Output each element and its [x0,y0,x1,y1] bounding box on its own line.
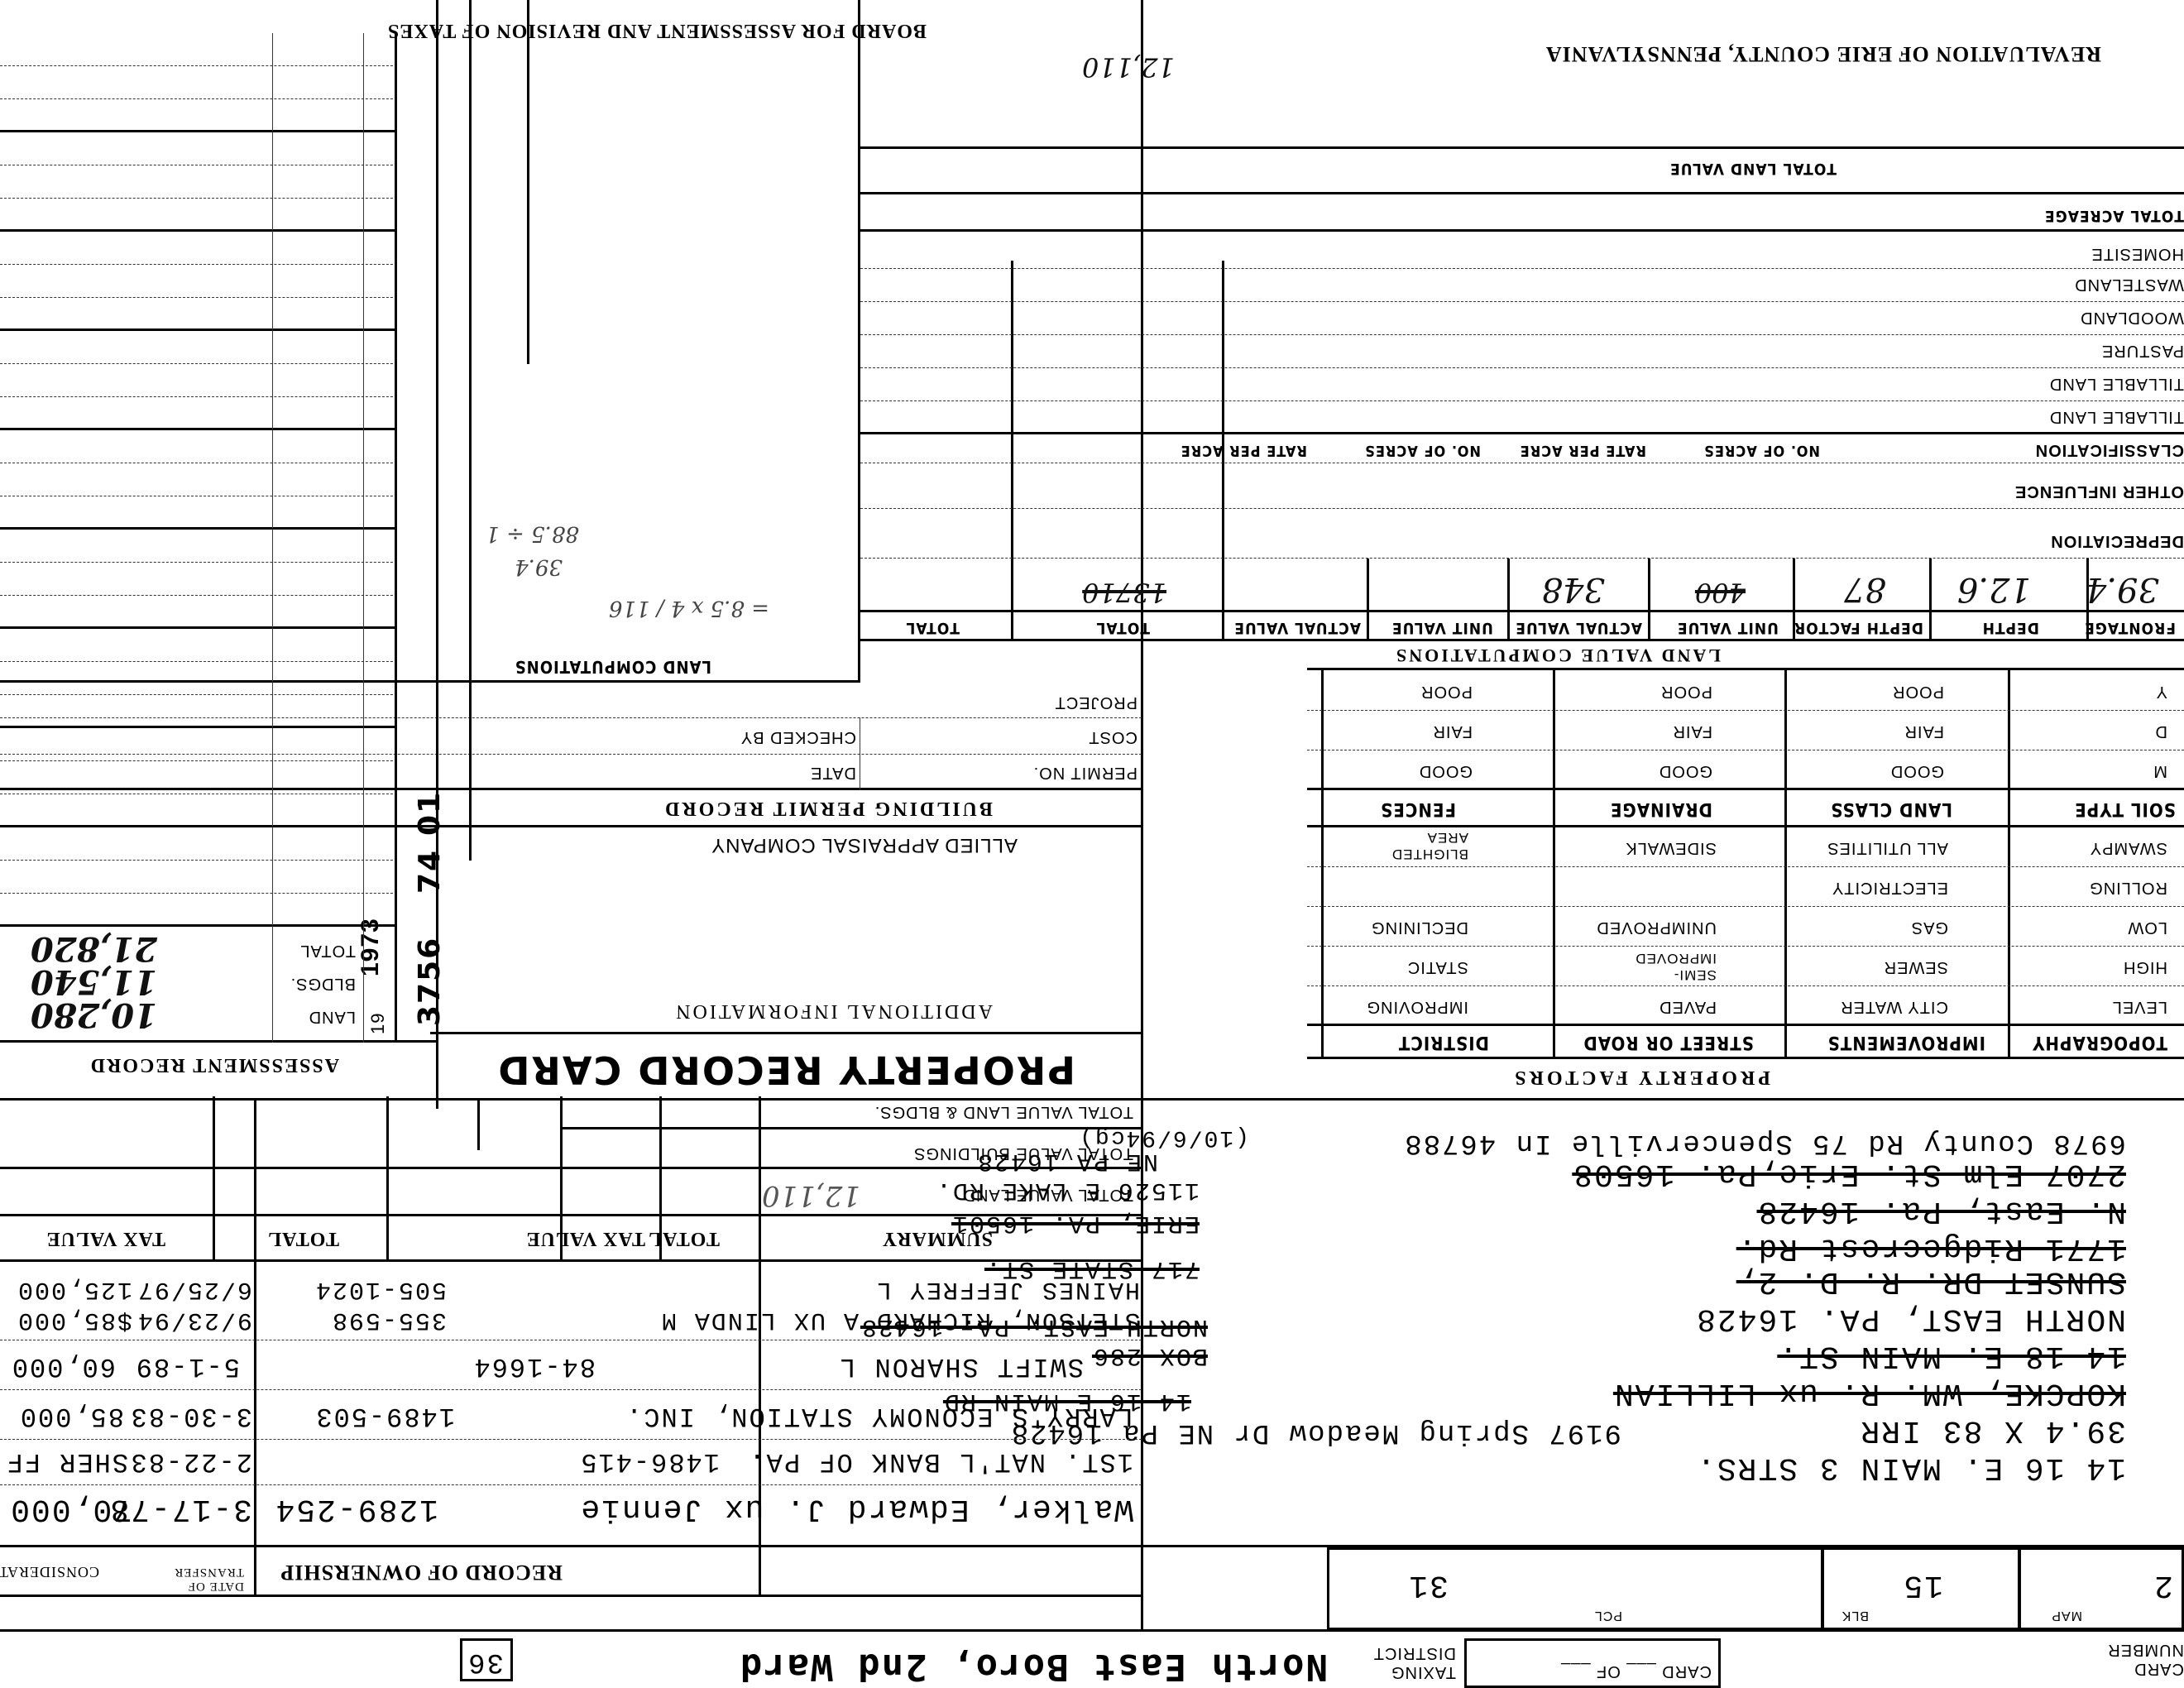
blk-value: 15 [1902,1567,1943,1603]
factor-item: SEMI-IMPROVED [1626,950,1717,983]
permit-project-label: PROJECT [1055,693,1137,712]
card-of-label: CARD ___ OF ___ [1560,1662,1712,1681]
factor-item: DECLINING [1371,918,1468,937]
assessment-record-title: ASSESSMENT RECORD [89,1053,339,1076]
col-actual-value-2: ACTUAL VALUE [1233,619,1361,637]
rate-per-acre-header: RATE PER ACRE [1520,442,1646,459]
deed-book-page: 1489-503 [314,1401,455,1431]
col-unit-value: UNIT VALUE [1677,619,1779,637]
row-total: 13710 [1082,577,1166,608]
rating-item: POOR [1660,682,1712,701]
owner-name: STETSON, RICHARD A UX LINDA M [660,1306,1140,1334]
owner-name: HAINES JEFFREY L [875,1275,1140,1303]
total-land-value: 12,110 [1082,51,1175,83]
other-influence-label: OTHER INFLUENCE [2014,482,2184,501]
land-computations-note-2: 39.4 [515,554,563,579]
rating-item: FAIR [1433,722,1473,741]
land-class-header: LAND CLASS [1830,798,1952,819]
transfer-date: 6/25/97 [136,1275,252,1303]
transfer-date: 5-1-89 [135,1351,240,1382]
owner-name: SWIFT SHARON L [838,1351,1084,1382]
pcl-value: 31 [1407,1567,1449,1603]
additional-information-title: ADDITIONAL INFORMATION [673,1000,993,1022]
blk-cell: BLK 15 [1822,1547,2020,1630]
taxing-district-value: North East Boro, 2nd Ward [739,1646,1328,1688]
rating-item: FAIR [1904,722,1944,741]
rating-item: FAIR [1673,722,1712,741]
card-of-box: CARD ___ OF ___ [1464,1638,1721,1688]
street-or-road-header: STREET OR ROAD [1583,1032,1754,1053]
col-depth: DEPTH [1982,619,2039,637]
box-number: 36 [460,1638,513,1681]
summary-total-header-2: TOTAL [267,1227,339,1249]
property-location-line2: 39.4 X 83 IRR [1860,1412,2126,1448]
factor-item: CITY WATER [1840,997,1948,1016]
total-land-value-label: TOTAL LAND VALUE [1669,160,1837,178]
consideration-header: CONSIDERATION [0,1563,99,1580]
factor-item: GAS [1911,918,1948,937]
col-total: TOTAL [1096,619,1151,637]
tillable-land-label: TILLABLE LAND [2049,407,2184,426]
topography-header: TOPOGRAPHY [2032,1032,2167,1053]
address-line: BOX 286 [1092,1341,1208,1369]
wasteland-label: WASTELAND [2074,275,2184,294]
blk-label: BLK [1842,1608,1869,1623]
fences-header: FENCES [1380,798,1456,819]
transfer-date: 9/23/94 [136,1306,252,1334]
building-permit-record-title: BUILDING PERMIT RECORD [663,797,993,819]
assessment-total-label: TOTAL [299,941,356,960]
soil-type-header: SOIL TYPE [2074,798,2176,819]
consideration-value: 85,000 [19,1401,124,1431]
permit-date-label: DATE [810,763,856,782]
summary-land-total: 12,110 [762,1179,860,1212]
property-record-card-title: PROPERTY RECORD CARD [496,1048,1075,1092]
assessment-land-value: 10,280 [31,995,157,1034]
owner-name: Walker, Edward J. ux Jennie [579,1491,1133,1527]
consideration-value: 60,000 [11,1351,116,1382]
address-line: N. East, Pa. 16428 [1757,1193,2126,1229]
record-of-ownership-title: RECORD OF OWNERSHIP [280,1560,563,1585]
pcl-cell: PCL 31 [1327,1547,1823,1630]
property-factors-title: PROPERTY FACTORS [1511,1066,1770,1088]
rating-item: D [2155,722,2167,741]
address-line: 14 18 E. MAIN ST. [1777,1338,2126,1374]
land-computations-title: LAND COMPUTATIONS [515,657,711,677]
rating-item: GOOD [1659,761,1712,780]
assessment-total-value: 21,820 [31,929,157,968]
permit-cost-label: COST [1088,727,1137,746]
board-title: BOARD FOR ASSESSMENT AND REVISION OF TAX… [387,19,927,41]
col-total-2: TOTAL [906,619,960,637]
land-computations-note-1: 88.5 ÷ 1 [486,521,579,546]
address-line: SUNSET DR. R. D. 2, [1736,1264,2126,1299]
taxing-district-label: TAXING DISTRICT [1357,1643,1456,1681]
factor-item: ROLLING [2089,878,2167,897]
total-acreage-label: TOTAL ACREAGE [2044,207,2184,225]
address-line: KOPCKE, WM. R. ux LILLIAN [1613,1375,2126,1411]
factor-item: SWAMPY [2090,838,2167,857]
deed-book-page: 505-1024 [314,1275,447,1303]
unit-value: 400 [1695,577,1746,608]
depreciation-label: DEPRECIATION [2050,531,2184,550]
rating-item: GOOD [1890,761,1944,780]
assessment-bldgs-label: BLDGS. [290,974,356,993]
rating-item: M [2153,761,2167,780]
col-depth-factor: DEPTH FACTOR [1794,619,1923,637]
land-computations-note-3: = 8.5 x 4 / 116 [609,596,769,621]
property-record-card-document: CARD NUMBER MAP 2 BLK 15 PCL 31 CARD ___… [0,0,2184,1688]
no-of-acres-header: NO. OF ACRES [1703,442,1820,459]
frontage-value: 39.4 [2086,570,2159,608]
deed-book-page: 1486-415 [579,1446,720,1477]
factor-item: BLIGHTED AREA [1377,829,1468,862]
improvements-header: IMPROVEMENTS [1827,1032,1985,1053]
rating-item: GOOD [1419,761,1473,780]
col-actual-value: ACTUAL VALUE [1515,619,1642,637]
revaluation-title: REVALUATION OF ERIE COUNTY, PENNSYLVANIA [1545,41,2101,66]
factor-item: UNIMPROVED [1596,918,1717,937]
deed-book-page: 355-598 [331,1306,447,1334]
property-location-line1: 14 16 E. MAIN 3 STRS. [1695,1450,2126,1485]
rating-item: Y [2156,682,2167,701]
factor-item: SEWER [1884,957,1948,976]
factor-item: PAVED [1659,997,1717,1016]
summary-bldgs-label: TOTAL VALUE BUILDINGS [913,1144,1133,1163]
rate-per-acre-header-2: RATE PER ACRE [1181,442,1307,459]
land-value-computations-title: LAND VALUE COMPUTATIONS [1394,645,1721,666]
summary-tax-value-header: TAX VALUE [526,1227,645,1249]
tillable-land-label-2: TILLABLE LAND [2049,374,2184,393]
factor-item: LEVEL [2112,997,2167,1016]
rating-item: POOR [1892,682,1944,701]
stamp-number-01: 01 [413,791,447,836]
stamp-number-74: 74 [413,849,447,894]
factor-item: SIDEWALK [1625,838,1717,857]
address-line: 6978 County Rd 75 Spencerville In 46788 [1403,1127,2126,1158]
deed-book-page: 1289-254 [275,1491,438,1527]
summary-land-bldgs-label: TOTAL VALUE LAND & BLDGS. [874,1102,1133,1121]
factor-item: LOW [2127,918,2167,937]
permit-no-label: PERMIT NO. [1033,763,1137,782]
district-header: DISTRICT [1398,1032,1489,1053]
factor-item: STATIC [1407,957,1468,976]
deed-book-page: 84-1664 [473,1351,596,1382]
factor-item: ELECTRICITY [1832,878,1948,897]
year-prefix: 19 [367,1013,389,1034]
pcl-label: PCL [1594,1608,1622,1623]
assessment-bldgs-value: 11,540 [31,962,157,1001]
summary-title: SUMMARY [882,1227,993,1249]
address-line: NORTH EAST, PA. 16428 [1695,1301,2126,1336]
factor-item: IMPROVING [1367,997,1468,1016]
assessment-land-label: LAND [309,1007,356,1026]
map-label: MAP [2051,1608,2082,1623]
transfer-date: 3-30-83 [130,1401,252,1431]
homesite-label: HOMESITE [2091,244,2184,263]
col-frontage: FRONTAGE [2084,619,2176,637]
rating-item: POOR [1420,682,1473,701]
map-cell: MAP 2 [2019,1547,2184,1630]
summary-tax-value-header-2: TAX VALUE [46,1227,165,1249]
classification-label: CLASSIFICATION [2035,440,2184,459]
box-number-value: 36 [467,1646,504,1677]
address-line: 2707 Elm St. Erie,Pa. 16508 [1572,1156,2126,1192]
owner-name: LARRY'S ECONOMY STATION, INC. [625,1401,1133,1431]
pasture-label: PASTURE [2101,341,2184,360]
allied-appraisal-company: ALLIED APPRAISAL COMPANY [711,833,1018,856]
consideration-value: 70,000 [9,1491,132,1527]
card-number-label: CARD NUMBER [2076,1640,2184,1678]
permit-checked-by-label: CHECKED BY [740,727,856,746]
date-of-transfer-header: DATE OF TRANSFER [120,1565,244,1593]
factor-item: ALL UTILITIES [1827,838,1948,857]
consideration-value: SHER FF [6,1446,128,1477]
depth-factor-value: 87 [1844,570,1886,608]
col-unit-value-2: UNIT VALUE [1391,619,1493,637]
factor-item: HIGH [2123,957,2167,976]
depth-value: 12.6 [1957,570,2031,608]
woodland-label: WOODLAND [2080,308,2184,327]
drainage-header: DRAINAGE [1610,798,1712,819]
address-line: 1771 Ridgecrest Rd. [1736,1230,2126,1266]
consideration-value: $85,000 [17,1306,132,1334]
transfer-date: 2-22-83 [130,1446,252,1477]
summary-total-header: TOTAL [648,1227,720,1249]
owner-name: 1ST. NAT'L BANK OF PA. [748,1446,1133,1477]
consideration-value: 125,000 [17,1275,132,1303]
actual-value: 348 [1542,570,1605,608]
summary-land-label: TOTAL VALUE LAND [963,1185,1133,1204]
stamp-number-3756: 3756 [413,937,447,1026]
no-of-acres-header-2: NO. OF ACRES [1364,442,1481,459]
map-value: 2 [2153,1567,2173,1603]
